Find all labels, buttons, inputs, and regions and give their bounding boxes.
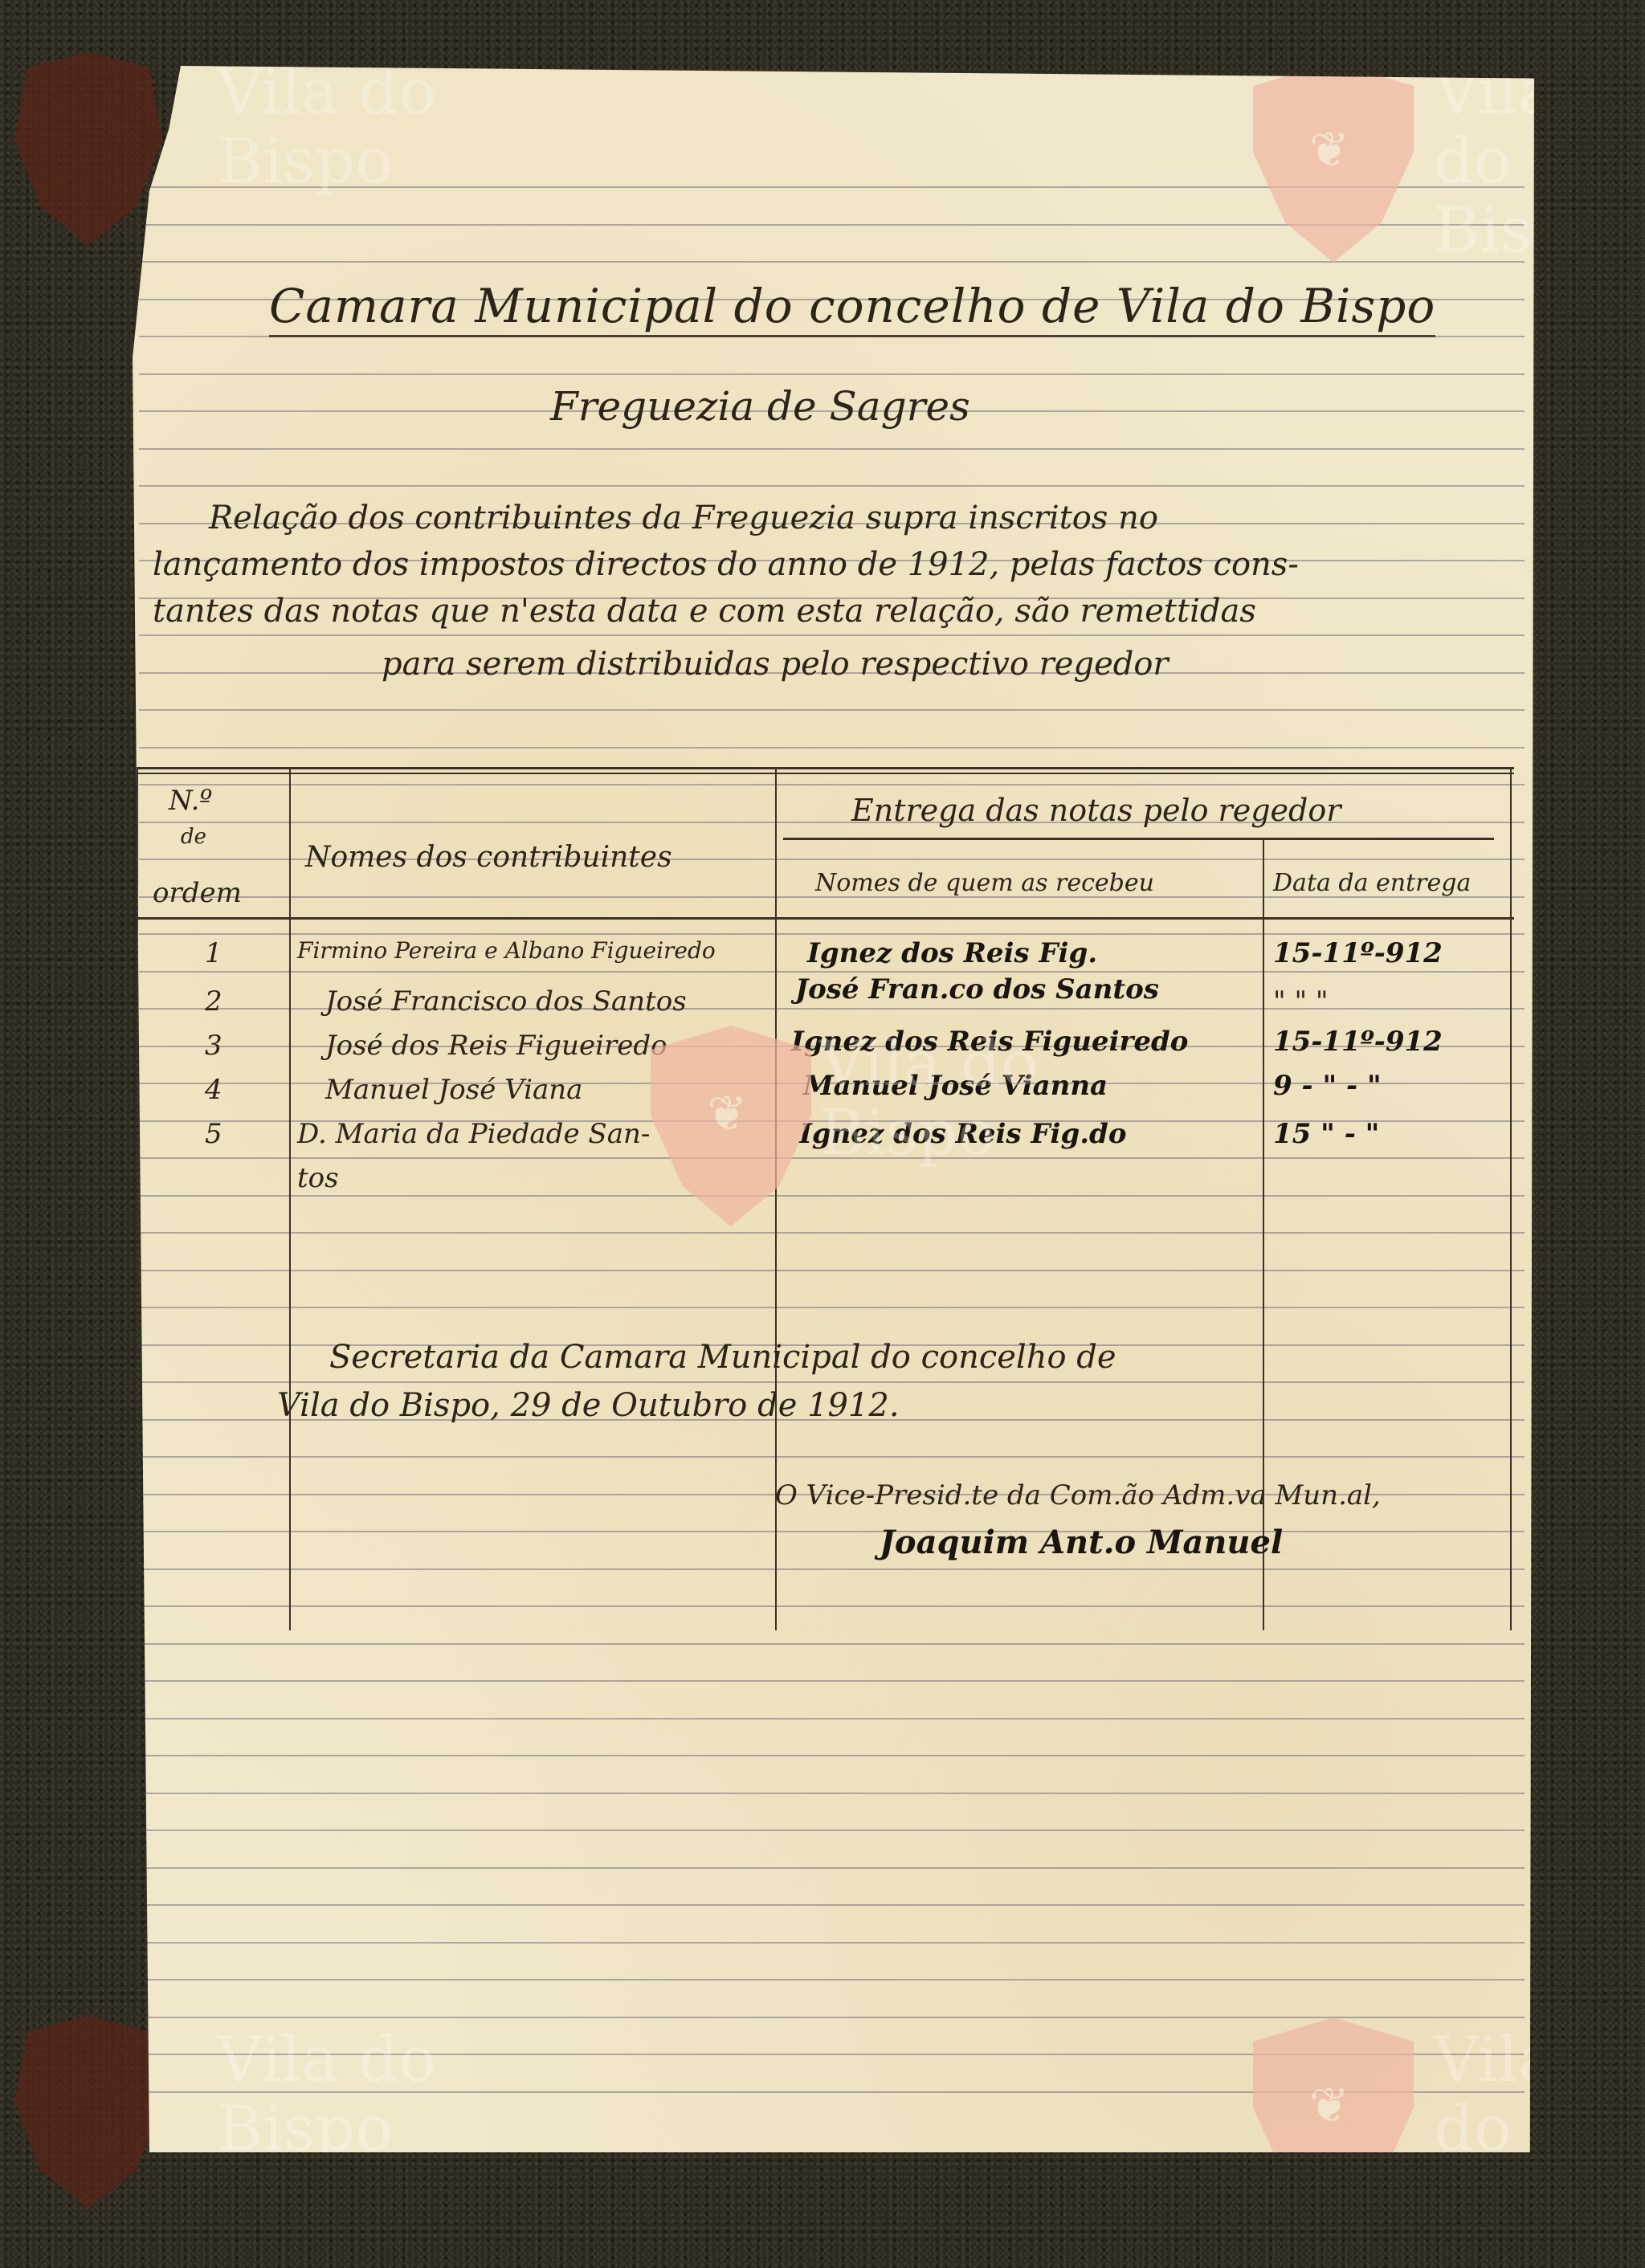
ruled-line	[139, 1793, 1525, 1794]
row-name: José Francisco dos Santos	[325, 985, 687, 1018]
row-date: 9 - " - "	[1273, 1070, 1382, 1102]
ruled-line	[139, 1680, 1525, 1682]
ruled-line	[139, 634, 1525, 636]
watermark-text: Vila doBispo	[217, 58, 436, 196]
watermark-shield-icon: ❦	[1253, 2017, 1414, 2218]
ruled-line	[139, 1718, 1525, 1719]
ruled-line	[139, 1829, 1525, 1831]
watermark-shield-icon: ❦	[1253, 62, 1414, 263]
ruled-line	[139, 1979, 1525, 1980]
ruled-line	[139, 1867, 1525, 1869]
watermark-text: Vila doBispo	[819, 1030, 1039, 1168]
header-number-line3: ordem	[153, 877, 242, 909]
row-number: 1	[205, 937, 222, 969]
ruled-line	[139, 1456, 1525, 1458]
background-shield-bottom-left	[8, 2016, 169, 2209]
watermark-text: Vila doBispo	[1434, 58, 1610, 265]
ruled-line	[139, 1195, 1525, 1197]
ruled-line	[139, 1270, 1525, 1271]
row-receiver: José Fran.co dos Santos	[795, 973, 1159, 1006]
closing-line-1: Secretaria da Camara Municipal do concel…	[329, 1339, 1116, 1376]
ruled-line	[139, 1643, 1525, 1645]
row-name: Firmino Pereira e Albano Figueiredo	[297, 937, 716, 964]
watermark-text: Vila doBispo	[1434, 2025, 1610, 2233]
header-delivery-group: Entrega das notas pelo regedor	[851, 793, 1341, 828]
signature-name: Joaquim Ant.o Manuel	[880, 1524, 1283, 1561]
ruled-line	[139, 261, 1525, 263]
row-name: José dos Reis Figueiredo	[325, 1030, 667, 1062]
ruled-line	[139, 1232, 1525, 1234]
watermark-text: Vila doBispo	[217, 2025, 436, 2164]
intro-line-2: lançamento dos impostos directos do anno…	[153, 546, 1299, 583]
row-name: Manuel José Viana	[325, 1074, 582, 1106]
ruled-line	[139, 1568, 1525, 1570]
ruled-line	[139, 373, 1525, 375]
ruled-line	[139, 1942, 1525, 1944]
row-date: 15 " - "	[1273, 1118, 1379, 1150]
ruled-line	[139, 1904, 1525, 1906]
header-number-line1: N.º	[169, 785, 212, 817]
document-subheading: Freguezia de Sagres	[550, 383, 970, 430]
row-number: 5	[205, 1118, 222, 1150]
header-date: Data da entrega	[1273, 869, 1471, 897]
ruled-line	[139, 1531, 1525, 1532]
intro-line-3: tantes das notas que n'esta data e com e…	[153, 593, 1256, 630]
header-receiver: Nomes de quem as recebeu	[815, 869, 1154, 897]
document-heading: Camara Municipal do concelho de Vila do …	[269, 279, 1435, 337]
ruled-line	[139, 971, 1525, 973]
row-receiver: Ignez dos Reis Fig.	[807, 937, 1097, 969]
ruled-line	[139, 709, 1525, 711]
row-number: 3	[205, 1030, 222, 1062]
row-number: 2	[205, 985, 222, 1018]
background-shield-top-left	[8, 52, 169, 245]
ruled-line	[139, 448, 1525, 450]
ruled-line	[139, 1307, 1525, 1308]
row5-name-continuation: tos	[297, 1162, 339, 1194]
row-name: D. Maria da Piedade San-	[297, 1118, 650, 1150]
ruled-line	[139, 2017, 1525, 2018]
ruled-line	[139, 1755, 1525, 1756]
intro-line-1: Relação dos contribuintes da Freguezia s…	[209, 500, 1158, 536]
document-page: Camara Municipal do concelho de Vila do …	[133, 66, 1534, 2152]
header-number-line2: de	[181, 825, 206, 849]
ruled-line	[139, 1381, 1525, 1383]
closing-line-2: Vila do Bispo, 29 de Outubro de 1912.	[277, 1387, 900, 1424]
row-date: 15-11º-912	[1273, 937, 1443, 969]
ruled-line	[139, 485, 1525, 487]
row-number: 4	[205, 1074, 222, 1106]
intro-line-4: para serem distribuidas pelo respectivo …	[382, 646, 1169, 683]
row-date: 15-11º-912	[1273, 1026, 1443, 1058]
header-names: Nomes dos contribuintes	[305, 841, 672, 874]
signature-title: O Vice-Presid.te da Com.ão Adm.va Mun.al…	[775, 1479, 1381, 1511]
ruled-line	[139, 784, 1525, 785]
ruled-line	[139, 1605, 1525, 1607]
ruled-line	[139, 747, 1525, 749]
row-date: " " "	[1273, 985, 1329, 1018]
ruled-line	[139, 933, 1525, 935]
